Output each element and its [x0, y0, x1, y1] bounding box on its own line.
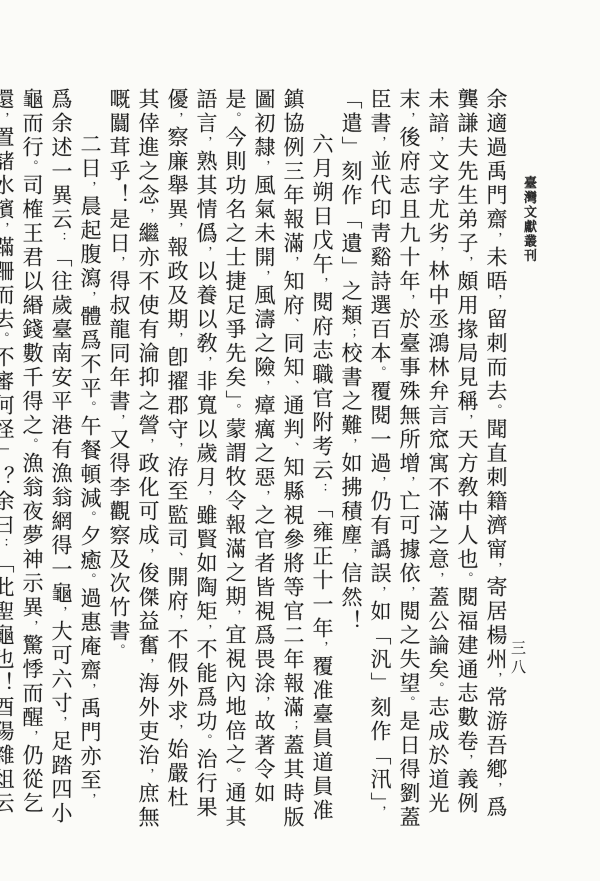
series-title: 臺灣文獻叢刊	[520, 176, 539, 263]
paragraph: 二日，晨起腹瀉，體爲不平。午餐頓減。夕癒。過惠庵齋，禹門亦至，爲余述一異云：「往…	[0, 88, 104, 830]
paragraph: 余適過禹門齋，未晤，留刺而去。聞直刺籍濟甯，寄居楊州，常游吾鄕，爲龔謙夫先生弟子…	[336, 88, 510, 830]
text-block: 余適過禹門齋，未晤，留刺而去。聞直刺籍濟甯，寄居楊州，常游吾鄕，爲龔謙夫先生弟子…	[0, 88, 510, 830]
paragraph: 六月朔日戊午，閱府志職官附考云：「雍正十一年，覆准臺員道員准鎮協例三年報滿，知府…	[104, 88, 336, 830]
page-number: 三八	[507, 640, 528, 678]
scanned-page: 臺灣文獻叢刊 三八 余適過禹門齋，未晤，留刺而去。聞直刺籍濟甯，寄居楊州，常游吾…	[0, 0, 600, 881]
